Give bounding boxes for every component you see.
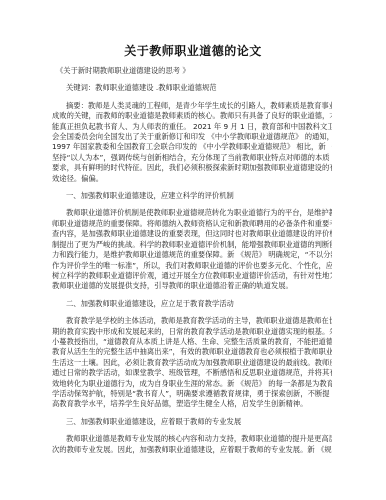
text-line: 次的教师专业发展。因此，加强教师职业道德建设，应着眼于教师的专业发展。新 《规范… bbox=[52, 445, 332, 455]
text-line: 能真正担负起教书育人、为人师表的重任。 2021 年 9 月 1 日，教育部和中… bbox=[52, 122, 332, 132]
keywords: 关键词：教师职业道德建设 .教师职业道德规范 bbox=[52, 83, 332, 93]
text-line: 学活动保驾护航，特别是“教书育人”，明确要求遵循教育规律，勇于探索创新，不断提 bbox=[52, 389, 332, 399]
text-line: 教师职业道德评价机制是使教师职业道德规范转化为职业道德行为的平台，是维护教 bbox=[52, 208, 332, 218]
text-line: 生活这一土壤。因此，必须让教育教学活动成为加强教师职业道德建设的最前线。教师应 bbox=[52, 358, 332, 368]
text-line: 高教育教学水平，培养学生良好品德，塑造学生健全人格，启发学生创新精神。 bbox=[52, 399, 332, 409]
text-line: 摘要：教师是人类灵魂的工程师，是青少年学生成长的引路人，教师素质是教育事业 bbox=[52, 101, 332, 111]
document-title: 关于教师职业道德的论文 bbox=[0, 42, 386, 59]
text-line: 期的教育实践中形成和发展起来的，日常的教育教学活动是教师职业道德实现的根基。朱 bbox=[52, 327, 332, 337]
text-line: 要求，具有鲜明的时代特征。因此，我们必须积极探索新时期加强教师职业道德建设的有 bbox=[52, 163, 332, 173]
text-line: 会全国委员会向全国发出了关于重新修订和印发 《中小学教师职业道德规范》 的通知，… bbox=[52, 132, 332, 142]
abstract-paragraph: 摘要：教师是人类灵魂的工程师，是青少年学生成长的引路人，教师素质是教育事业 成败… bbox=[52, 101, 332, 184]
text-line: 教师职业道德是教师专业发展的核心内容和动力支持，教师职业道德的提升是更高层 bbox=[52, 434, 332, 444]
section-paragraph-2: 教育教学是学校的主体活动，教师是教育教学活动的主导，教师职业道德是教师在长 期的… bbox=[52, 316, 332, 410]
text-line: 成败的关键，而教师的职业道德是教师素质的核心。教师只有具备了良好的职业道德，才 bbox=[52, 111, 332, 121]
document-page: 关于教师职业道德的论文 《关于新时期教师职业道德建设的思考 》 关键词：教师职业… bbox=[0, 0, 386, 500]
text-line: 1997 年国家教委和全国教育工会联合印发的 《中小学教师职业道德规范》 相比，… bbox=[52, 142, 332, 152]
text-line: 制提出了更为严峻的挑战。科学的教师职业道德评价机制，能增强教师职业道德的判断能 bbox=[52, 240, 332, 250]
text-line: 查内容，是加强教师职业道德建设的重要表现，但这同时也对教师职业道德建设的评价机 bbox=[52, 229, 332, 239]
section-heading-3: 三、加强教师职业道德建设，应着眼于教师的专业发展 bbox=[52, 417, 332, 427]
section-heading-1: 一、加强教师职业道德建设，应建立科学的评价机制 bbox=[52, 191, 332, 201]
text-line: 树立科学的教师职业道德评价观，通过开展全方位教师职业道德评价活动，有针对性地为 bbox=[52, 271, 332, 281]
text-line: 力和践行能力，是维护教师职业道德规范的重要保障。新 《规范》 明确规定，“不以分… bbox=[52, 250, 332, 260]
document-body: 《关于新时期教师职业道德建设的思考 》 关键词：教师职业道德建设 .教师职业道德… bbox=[52, 66, 332, 455]
text-line: 效地转化为职业道德行为，成为自身职业生涯的常态。新 《规范》 的每一条都是为教育… bbox=[52, 379, 332, 389]
text-line: 师职业道德规范的重要保障。将师德纳入教师资格认定和新教师聘用的必备条件和重要考 bbox=[52, 219, 332, 229]
document-subtitle: 《关于新时期教师职业道德建设的思考 》 bbox=[52, 66, 332, 76]
text-line: 作为评价学生的唯一标准”，所以，我们对教师职业道德的评价也要多元化、个性化，应 bbox=[52, 261, 332, 271]
text-line: 教师职业道德的发展提供支持，引导教师的职业道德沿着正确的轨道发展。 bbox=[52, 281, 332, 291]
section-heading-2: 二、加强教师职业道德建设，应立足于教育教学活动 bbox=[52, 299, 332, 309]
section-paragraph-3: 教师职业道德是教师专业发展的核心内容和动力支持，教师职业道德的提升是更高层 次的… bbox=[52, 434, 332, 455]
text-line: 小蔓教授指出，“道德教育从本质上讲是人格、生命、完整生活质量的教育，不能把道德 bbox=[52, 337, 332, 347]
text-line: 教育教学是学校的主体活动，教师是教育教学活动的主导，教师职业道德是教师在长 bbox=[52, 316, 332, 326]
section-paragraph-1: 教师职业道德评价机制是使教师职业道德规范转化为职业道德行为的平台，是维护教 师职… bbox=[52, 208, 332, 291]
text-line: 坚持“以人为本”，强调传统与创新相结合，充分体现了当前教师职业特点对师德的本质 bbox=[52, 153, 332, 163]
text-line: 通过日常的教学活动，如课堂教学、班级管理，不断感悟和反思职业道德规范，并将其有 bbox=[52, 368, 332, 378]
text-line: 效途径。偏偏。 bbox=[52, 174, 332, 184]
text-line: 教育从活生生的完整生活中抽离出来”，有效的教师职业道德教育也必须根植于教师职业 bbox=[52, 347, 332, 357]
